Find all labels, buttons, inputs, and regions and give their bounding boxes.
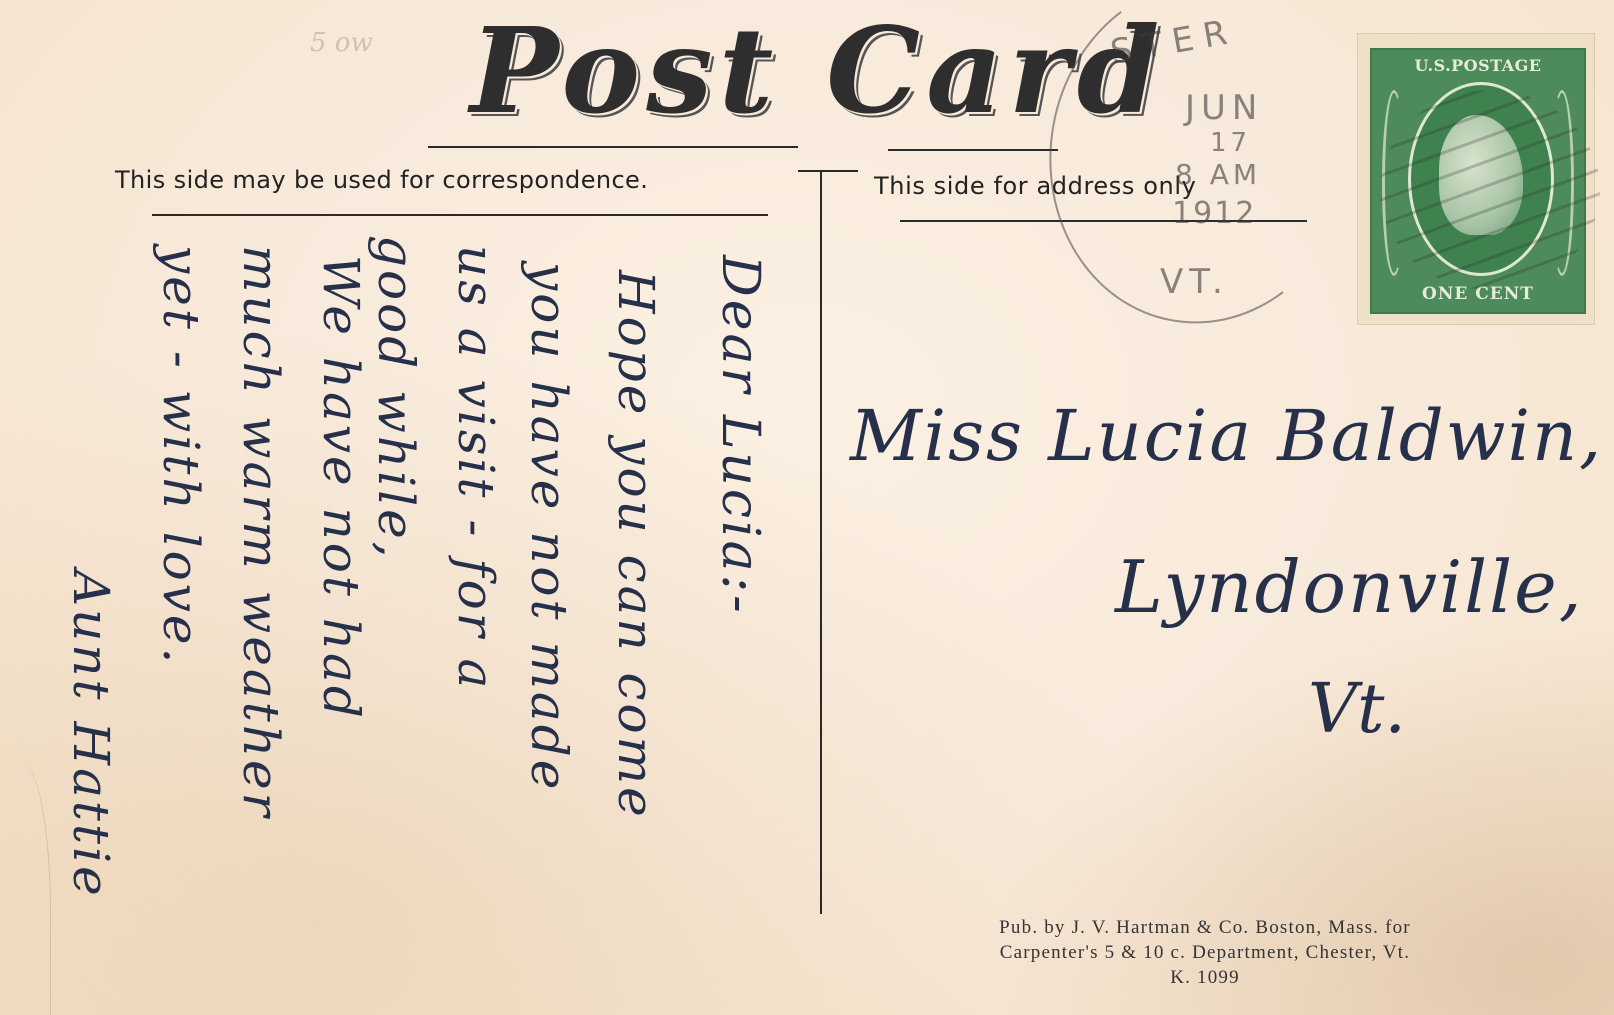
- message-signature: Aunt Hattie: [62, 570, 120, 899]
- publisher-line-2: Carpenter's 5 & 10 c. Department, Cheste…: [880, 940, 1530, 965]
- corner-crease: [0, 760, 51, 1015]
- message-line: Dear Lucia:-: [710, 255, 770, 616]
- message-line: Hope you can come: [607, 270, 665, 820]
- postmark-day: 17: [1210, 128, 1251, 158]
- stamp-frame: U.S.POSTAGE ONE CENT: [1370, 48, 1586, 314]
- message-line: us a visit - for a: [447, 245, 505, 691]
- postcard-back: 5 ow Post Card This side may be used for…: [0, 0, 1614, 1015]
- pencil-note: 5 ow: [310, 28, 373, 58]
- franklin-portrait-icon: [1439, 115, 1523, 235]
- postmark-month: JUN: [1185, 88, 1263, 128]
- message-line: yet - with love.: [152, 245, 210, 666]
- laurel-left-icon: [1382, 90, 1406, 276]
- address-state: Vt.: [1308, 670, 1406, 749]
- message-line: good while,: [367, 235, 425, 561]
- stamp-top-text: U.S.POSTAGE: [1372, 56, 1584, 75]
- postmark-state: VT.: [1160, 262, 1229, 302]
- divider-cap: [798, 170, 858, 172]
- center-divider: [820, 172, 822, 914]
- title-rule-right: [888, 149, 1058, 151]
- address-name: Miss Lucia Baldwin,: [850, 395, 1603, 477]
- correspondence-label: This side may be used for correspondence…: [115, 166, 648, 194]
- message-line: you have not made: [520, 262, 578, 792]
- postage-stamp: U.S.POSTAGE ONE CENT: [1358, 34, 1594, 324]
- postmark-year: 1912: [1172, 196, 1256, 231]
- postmark-time: 8 AM: [1175, 158, 1261, 191]
- correspondence-rule: [152, 214, 768, 216]
- title-rule-left: [428, 146, 798, 148]
- message-line: much warm weather: [232, 245, 290, 820]
- stamp-oval: [1408, 82, 1554, 276]
- message-line: We have not had: [312, 255, 370, 721]
- publisher-catalog-number: K. 1099: [880, 965, 1530, 990]
- address-town: Lyndonville,: [1115, 545, 1584, 629]
- stamp-denomination: ONE CENT: [1372, 284, 1584, 304]
- publisher-imprint: Pub. by J. V. Hartman & Co. Boston, Mass…: [880, 915, 1530, 990]
- publisher-line-1: Pub. by J. V. Hartman & Co. Boston, Mass…: [880, 915, 1530, 940]
